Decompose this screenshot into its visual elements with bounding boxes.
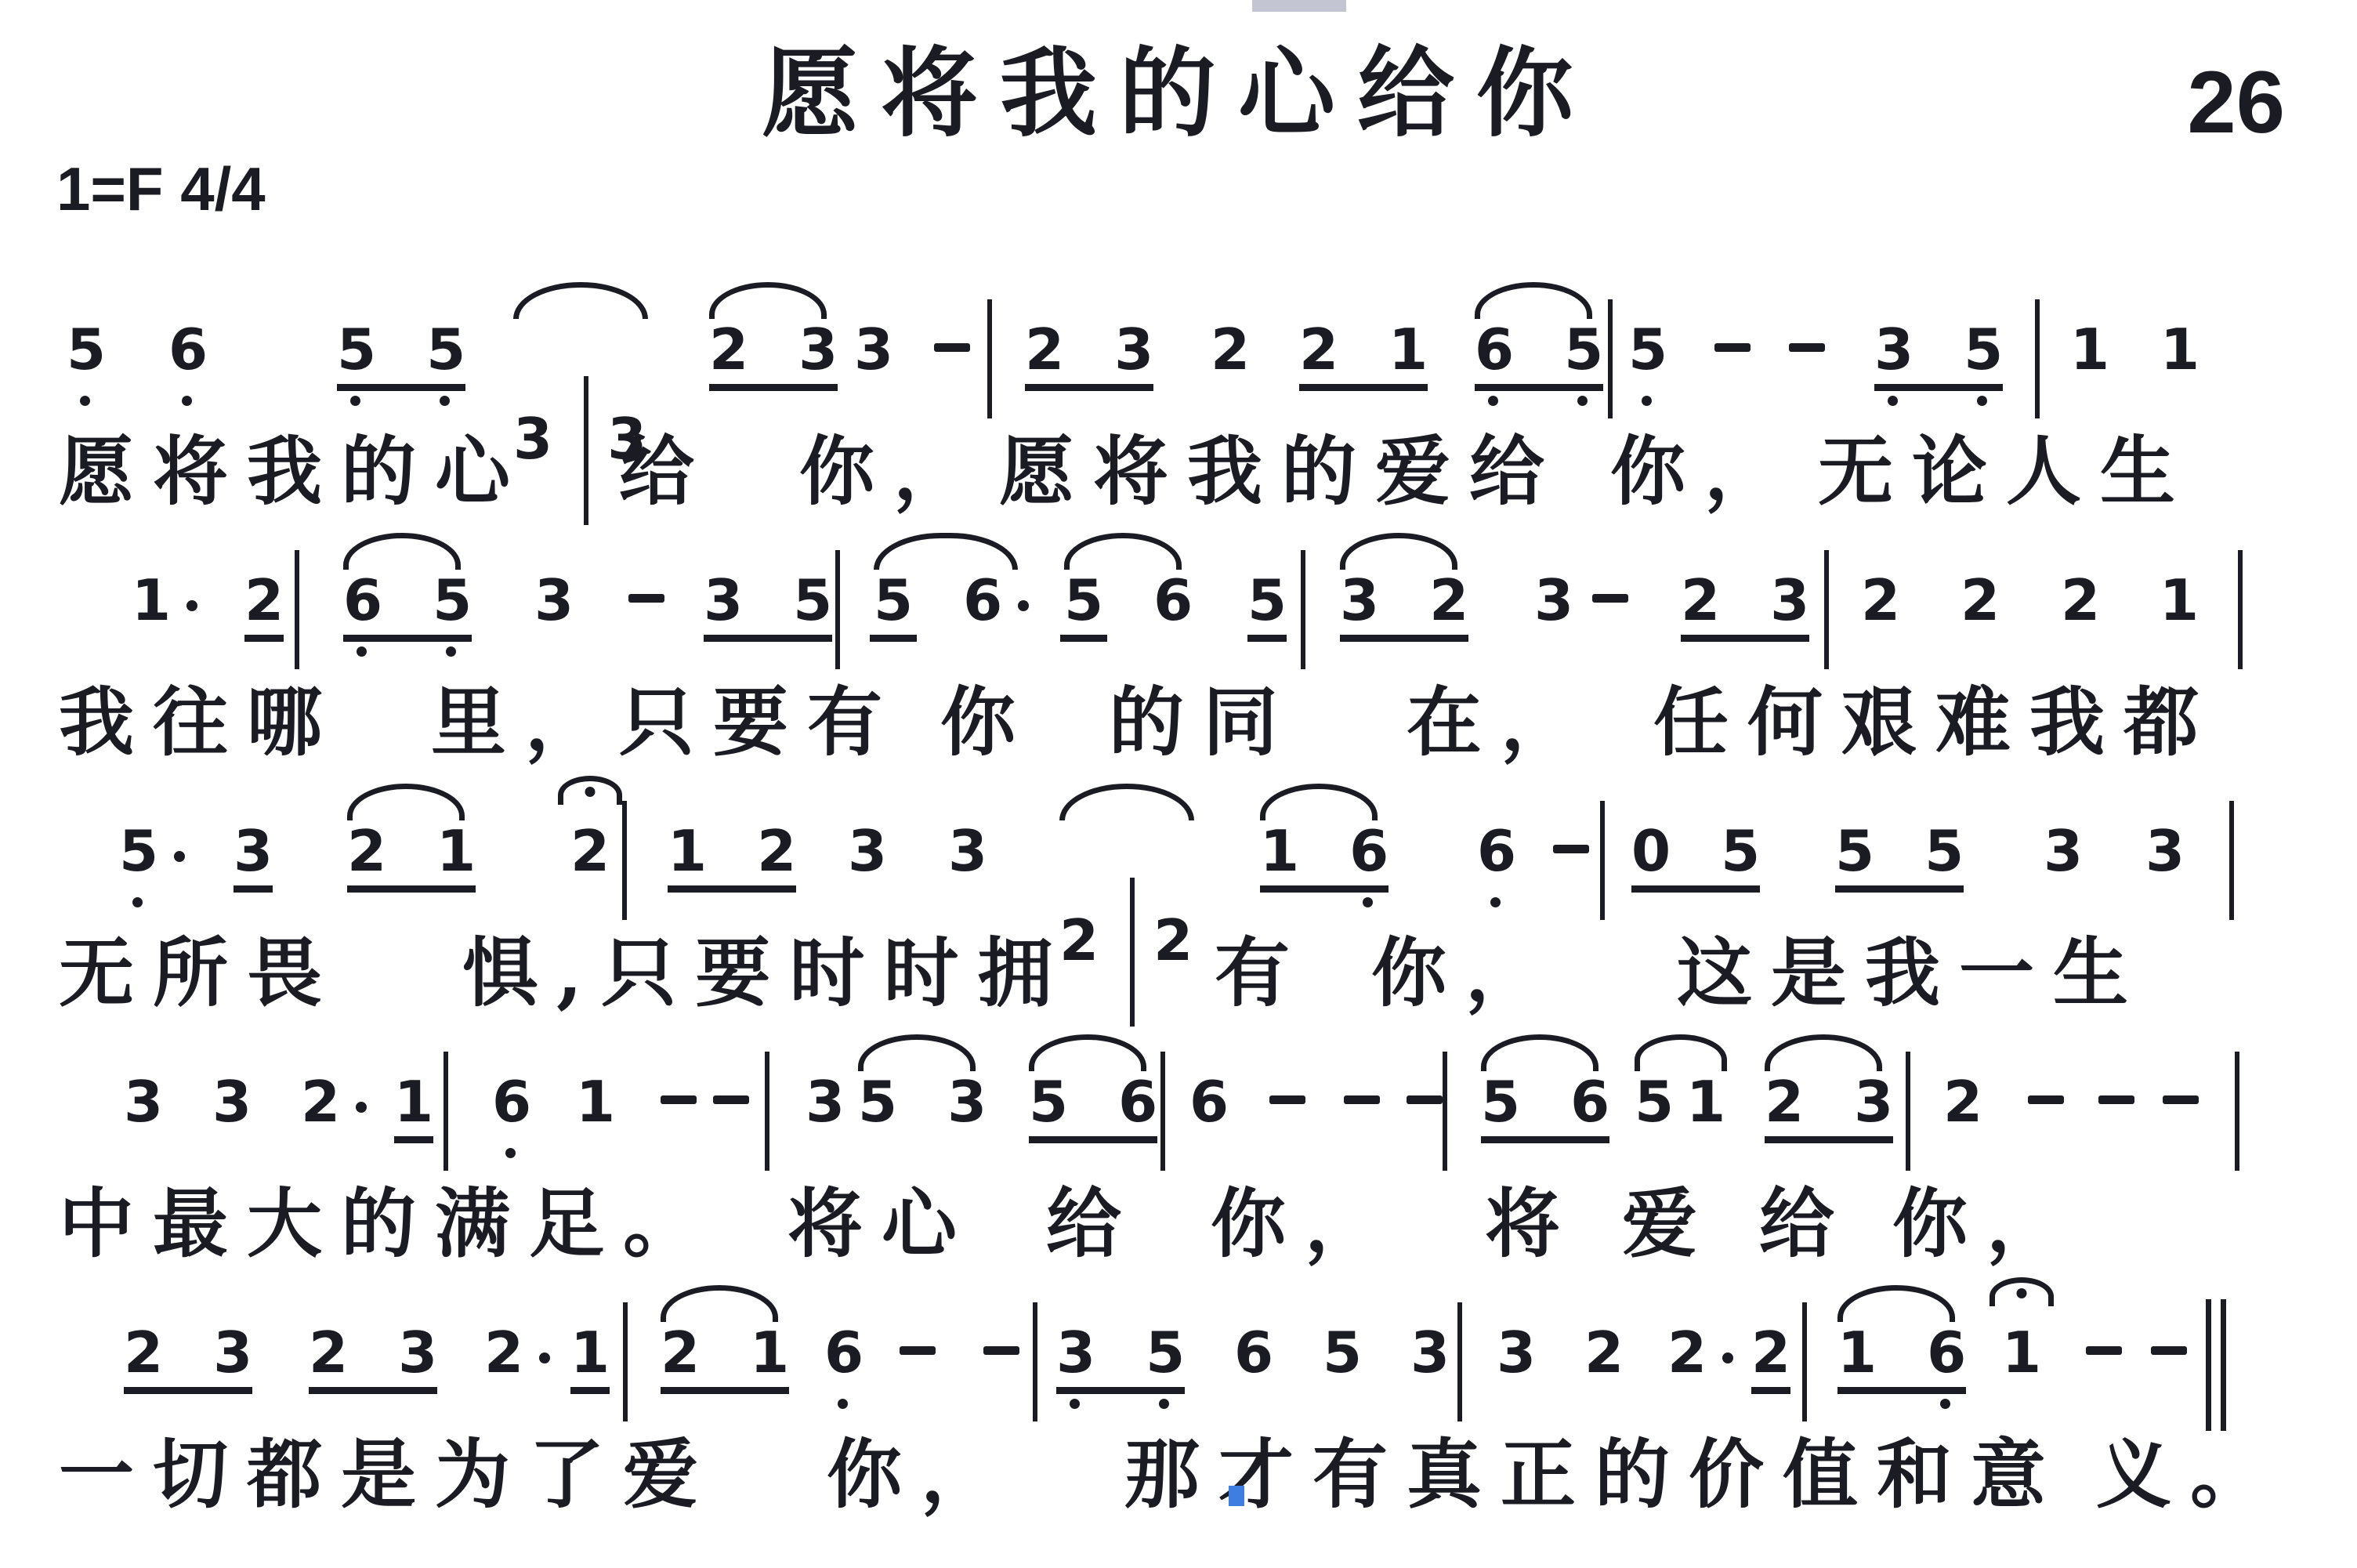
note: 3	[798, 320, 838, 379]
note-number: 5	[1247, 570, 1287, 630]
note-number: 3	[854, 320, 893, 379]
note-group: 3	[2145, 821, 2185, 893]
note: 3	[234, 821, 273, 881]
note: 6	[1118, 1072, 1157, 1132]
lyric-segment: 里，只要有	[431, 682, 901, 763]
note-digits: 2	[1961, 570, 2000, 642]
note: 2	[309, 1323, 348, 1382]
note-number: 3	[1770, 570, 1809, 630]
note-number: 2	[757, 821, 796, 881]
note-digits: 23	[124, 1323, 252, 1394]
note: 5	[858, 1072, 897, 1132]
lyric-segment: 这是我一生	[1677, 932, 2147, 1014]
duration-dash	[1344, 1095, 1380, 1104]
note-digits: 5	[119, 821, 185, 893]
lyric-segment: 那才有真正的价值和意	[1124, 1434, 2065, 1515]
note-number: 2	[1681, 570, 1720, 630]
note-number: 1	[1388, 320, 1428, 379]
rest-note: 0	[1631, 821, 1671, 881]
duration-dash	[2098, 1095, 2134, 1104]
barline	[1600, 801, 1605, 920]
system-3: 53212123322166055533无所畏惧,只要时时拥有你，这是我一生	[0, 821, 2357, 1072]
note-digits: 65	[1475, 320, 1603, 391]
note: 5	[1564, 320, 1603, 379]
note: 3	[124, 1072, 163, 1132]
note-digits: 23	[1025, 320, 1153, 391]
note-group: 12	[668, 821, 796, 893]
note-digits: 5	[1323, 1323, 1362, 1394]
lyric-segment: 你，	[1371, 932, 1559, 1014]
note: 6	[1349, 821, 1388, 881]
note-group: 6	[1234, 1323, 1273, 1394]
note: 2	[124, 1323, 163, 1382]
note-number: 6	[1153, 570, 1193, 630]
note-number: 5	[337, 320, 376, 379]
low-octave-dot	[1363, 897, 1373, 907]
note-digits: 6	[1189, 1072, 1229, 1143]
note-number: 2	[1429, 570, 1468, 630]
note-group: 2	[301, 1072, 367, 1143]
note-digits: 35	[1056, 1323, 1185, 1394]
note-number: 6	[1477, 821, 1516, 881]
note-number: 3	[1497, 1323, 1536, 1382]
note-group: 3	[234, 821, 273, 893]
note: 3	[806, 1072, 845, 1132]
note: 3	[1874, 320, 1913, 379]
note: 3	[212, 1072, 252, 1132]
note: 6	[824, 1323, 864, 1382]
note-number: 3	[1874, 320, 1913, 379]
note-digits: 65	[343, 570, 472, 642]
final-barline	[2206, 1299, 2226, 1431]
note-number: 2	[1584, 1323, 1624, 1382]
note-digits: 3	[948, 821, 987, 893]
note: 2	[1429, 570, 1468, 630]
note-number: 6	[963, 570, 1002, 630]
lyric-segment: 你，	[799, 431, 987, 512]
note: 3	[948, 821, 987, 881]
note: 1	[132, 570, 197, 630]
note-group: 23	[1681, 570, 1809, 642]
lyric-segment: 你，	[1892, 1183, 2080, 1265]
note-number: 6	[492, 1072, 531, 1132]
note: 5	[433, 570, 472, 630]
low-octave-dot	[1070, 1399, 1080, 1409]
note-group: 2	[2061, 570, 2100, 642]
note: 1	[2070, 320, 2109, 379]
note-number: 2	[301, 1072, 340, 1132]
note-group: 53	[858, 1072, 987, 1143]
note-group: 65	[1475, 320, 1603, 391]
note-digits: 3	[124, 1072, 163, 1143]
low-octave-dot	[1977, 396, 1987, 406]
note-group: 3	[948, 821, 987, 893]
note-digits: 56	[1064, 570, 1193, 642]
note-number: 2	[1667, 1323, 1707, 1382]
note-number: 5	[1564, 320, 1603, 379]
note-digits: 23	[1681, 570, 1809, 642]
duration-dash	[1789, 343, 1825, 352]
note-digits: 2	[1667, 1323, 1733, 1394]
note: 6	[168, 320, 208, 379]
note-group: 56	[874, 570, 1029, 642]
sheet-music-page: 愿将我的心给你 1=F 4/4 26 565533233232216553511…	[0, 0, 2357, 1568]
lyric-segment: 有	[1215, 932, 1309, 1014]
duration-dash	[713, 1095, 749, 1104]
note-digits: 3	[2145, 821, 2185, 893]
note-number: 3	[1340, 570, 1379, 630]
note-digits: 6	[492, 1072, 531, 1143]
note: 2	[1751, 1323, 1790, 1382]
note: 3	[848, 821, 887, 881]
note-group: 32	[1340, 570, 1468, 642]
note: 5	[119, 821, 185, 881]
note-digits: 05	[1631, 821, 1760, 893]
note-number: 2	[709, 320, 748, 379]
note: 2	[1667, 1323, 1733, 1382]
note-number: 2	[661, 1323, 700, 1382]
note-number: 3	[1056, 1323, 1095, 1382]
note-number: 5	[1964, 320, 2003, 379]
note-number: 6	[1118, 1072, 1157, 1132]
note-number: 5	[793, 570, 832, 630]
note-number: 2	[1765, 1072, 1804, 1132]
lyric-segment: 你，	[827, 1434, 1015, 1515]
blue-square-artifact	[1229, 1486, 1244, 1506]
note: 3	[398, 1323, 437, 1382]
note-group: 3	[124, 1072, 163, 1143]
note-digits: 23	[309, 1323, 437, 1394]
duration-dash	[2028, 1095, 2064, 1104]
note-group: 3	[2044, 821, 2083, 893]
note-digits: 6	[1477, 821, 1516, 893]
note: 2	[1961, 570, 2000, 630]
barline	[765, 1052, 769, 1171]
note-group: 6	[1189, 1072, 1229, 1143]
barline	[584, 376, 588, 525]
note-number: 1	[1260, 821, 1299, 881]
note-digits: 1	[132, 570, 197, 642]
note: 2	[1765, 1072, 1804, 1132]
note-digits: 1	[2160, 320, 2200, 391]
note: 3	[947, 1072, 987, 1132]
note-number: 5	[1029, 1072, 1068, 1132]
slur-arc	[1475, 282, 1592, 319]
note-group: 3	[534, 570, 574, 642]
low-octave-dot	[505, 1148, 516, 1158]
note: 3	[1497, 1323, 1536, 1382]
note: 1	[1260, 821, 1299, 881]
note: 5	[1721, 821, 1760, 881]
note-group: 1	[2160, 570, 2199, 642]
note: 3	[2044, 821, 2083, 881]
note-number: 6	[168, 320, 208, 379]
note-group: 23	[309, 1323, 437, 1394]
lyric-segment: 愿将我的爱给	[999, 431, 1563, 512]
note: 2	[757, 821, 796, 881]
note-group: 2	[1943, 1072, 1982, 1143]
note-digits: 3	[1410, 1323, 1450, 1394]
barline	[2035, 299, 2040, 418]
note-number: 2	[1943, 1072, 1982, 1132]
note-number: 3	[798, 320, 838, 379]
final-barline-stroke	[2221, 1299, 2226, 1431]
note-number: 1	[576, 1072, 615, 1132]
low-octave-dot	[350, 396, 360, 406]
note: 5	[1835, 821, 1874, 881]
note-group: 2	[570, 821, 610, 893]
lyric-segment: 给	[1046, 1183, 1140, 1265]
note-group: 2	[244, 570, 284, 642]
note-group: 23	[709, 320, 838, 391]
note-number: 2	[1961, 570, 2000, 630]
note: 5	[337, 320, 376, 379]
note-number: 6	[1927, 1323, 1966, 1382]
barline	[622, 801, 627, 920]
note-digits: 21	[661, 1323, 789, 1394]
note: 6	[1475, 320, 1514, 379]
note-digits: 5	[67, 320, 106, 391]
note: 2	[1584, 1323, 1624, 1382]
note-digits: 22	[1059, 821, 1205, 982]
note: 1	[1388, 320, 1428, 379]
barline	[1033, 1302, 1037, 1421]
key-signature: 1=F 4/4	[56, 154, 266, 225]
barline	[295, 550, 299, 669]
note: 2	[484, 1323, 550, 1382]
augmentation-dot	[1018, 600, 1029, 611]
note-number: 5	[119, 821, 158, 881]
note-number: 5	[1628, 320, 1667, 379]
note-group: 1	[570, 1323, 610, 1394]
note-number: 6	[1570, 1072, 1609, 1132]
low-octave-dot	[357, 646, 367, 657]
note-group: 21	[1299, 320, 1428, 391]
note: 6	[1927, 1323, 1966, 1382]
note-number: 2	[1299, 320, 1338, 379]
note-number: 2	[347, 821, 386, 881]
low-octave-dot	[838, 1399, 848, 1409]
low-octave-dot	[1577, 396, 1588, 406]
note-number: 1	[436, 821, 476, 881]
duration-dash	[2086, 1346, 2122, 1355]
augmentation-dot	[174, 851, 185, 862]
note-number: 5	[1721, 821, 1760, 881]
note-group: 16	[1260, 821, 1388, 893]
note-digits: 2	[1943, 1072, 1982, 1143]
note-number: 1	[750, 1323, 789, 1382]
note-group: 5	[1628, 320, 1667, 391]
note: 2	[1299, 320, 1338, 379]
duration-dash	[1714, 343, 1751, 352]
note-number: 3	[2145, 821, 2185, 881]
note-group: 3	[806, 1072, 845, 1143]
note: 5	[874, 570, 913, 630]
note: 6	[1570, 1072, 1609, 1132]
note-group: 16	[1837, 1323, 1966, 1394]
lyric-segment: 任何艰难我都	[1653, 682, 2218, 763]
note-number: 1	[132, 570, 171, 630]
note-digits: 56	[1029, 1072, 1157, 1143]
lyric-segment: 给	[619, 431, 713, 512]
note: 3	[1340, 570, 1379, 630]
note: 5	[1481, 1072, 1520, 1132]
note-digits: 3	[1497, 1323, 1536, 1394]
note-digits: 1	[394, 1072, 433, 1143]
lyric-segment: 愿将我的心	[59, 431, 529, 512]
note-digits: 6	[168, 320, 208, 391]
note-group: 2	[484, 1323, 550, 1394]
lyric-segment: 无论人生	[1818, 431, 2194, 512]
note: 3	[1770, 570, 1809, 630]
note-group: 6	[1477, 821, 1516, 893]
note-number: 5	[1323, 1323, 1362, 1382]
note: 3	[534, 570, 574, 630]
note-group: 3	[212, 1072, 252, 1143]
note-number: 3	[1854, 1072, 1893, 1132]
note: 1	[1837, 1323, 1877, 1382]
duration-dash	[1269, 1095, 1305, 1104]
note-number: 2	[244, 570, 284, 630]
note: 3	[1056, 1323, 1095, 1382]
note-number: 1	[570, 1323, 610, 1382]
low-octave-dot	[132, 897, 143, 907]
duration-dash	[1592, 594, 1628, 603]
note-digits: 23	[1765, 1072, 1893, 1143]
note-number: 5	[1146, 1323, 1185, 1382]
note-digits: 12	[668, 821, 796, 893]
note: 2	[1681, 570, 1720, 630]
note-number: 1	[2160, 320, 2200, 379]
note-group: 6	[492, 1072, 531, 1143]
note: 5	[1323, 1323, 1362, 1382]
note-group: 6	[824, 1323, 864, 1394]
note-number: 2	[1861, 570, 1900, 630]
note-digits: 3	[234, 821, 273, 893]
system-1: 565533233232216553511愿将我的心给你，愿将我的爱给你，无论人…	[0, 320, 2357, 570]
note-digits: 2	[1211, 320, 1250, 391]
system-5: 232321216356533222161一切都是为了爱你，那才有真正的价值和意…	[0, 1323, 2357, 1568]
note: 1	[1686, 1072, 1725, 1132]
scan-smudge	[1252, 0, 1346, 12]
note-number: 3	[212, 1072, 252, 1132]
note-number: 6	[1234, 1323, 1273, 1382]
slur-arc	[709, 282, 827, 319]
duration-dash	[628, 594, 664, 603]
lyric-segment: 无所畏	[59, 932, 341, 1014]
note-number: 1	[668, 821, 707, 881]
note-number: 3	[1114, 320, 1153, 379]
note: 6	[1153, 570, 1193, 630]
note-group: 5	[119, 821, 185, 893]
note-number: 2	[309, 1323, 348, 1382]
note: 2	[1943, 1072, 1982, 1132]
note-group: 22	[1059, 821, 1205, 982]
note-digits: 6	[824, 1323, 864, 1394]
note-digits: 2	[484, 1323, 550, 1394]
note-number: 5	[1835, 821, 1874, 881]
note-number: 2	[1025, 320, 1064, 379]
note: 1	[750, 1323, 789, 1382]
note-number: 0	[1631, 821, 1671, 881]
note-group: 35	[1874, 320, 2003, 391]
note-digits: 3	[806, 1072, 845, 1143]
note-digits: 51	[1635, 1072, 1738, 1143]
note-number: 3	[234, 821, 273, 881]
note: 1	[2160, 320, 2200, 379]
low-octave-dot	[1490, 897, 1501, 907]
note-digits: 23	[709, 320, 838, 391]
note-number: 1	[2160, 570, 2199, 630]
note: 2	[709, 320, 748, 379]
note: 3	[213, 1323, 252, 1382]
note-group: 1	[2160, 320, 2200, 391]
note-number: 1	[2002, 1323, 2041, 1382]
note-group: 23	[124, 1323, 252, 1394]
note-digits: 21	[347, 821, 476, 893]
note-group: 1	[576, 1072, 615, 1143]
note: 2	[347, 821, 386, 881]
note-group: 35	[1056, 1323, 1185, 1394]
note-group: 56	[1481, 1072, 1609, 1143]
note-number: 6	[824, 1323, 864, 1382]
lyric-segment: 将	[1485, 1183, 1579, 1265]
note: 5	[1635, 1072, 1674, 1132]
note-group: 51	[1635, 1072, 1738, 1143]
final-barline-stroke	[2206, 1299, 2211, 1431]
lyric-segment: 惧,只要时时拥	[462, 932, 1071, 1014]
duration-dash	[2151, 1346, 2187, 1355]
note: 3	[1114, 320, 1153, 379]
note-number: 1	[1686, 1072, 1725, 1132]
note-number: 6	[1349, 821, 1388, 881]
note-number: 5	[1481, 1072, 1520, 1132]
note: 6	[492, 1072, 531, 1132]
note: 2	[301, 1072, 367, 1132]
note-group: 3	[848, 821, 887, 893]
lyric-segment: 爱	[1622, 1183, 1716, 1265]
note-digits: 56	[1481, 1072, 1609, 1143]
low-octave-dot	[182, 396, 192, 406]
note: 2	[2061, 570, 2100, 630]
note-group: 1	[132, 570, 197, 642]
barline	[1824, 550, 1829, 669]
barline	[1906, 1052, 1910, 1171]
note-group: 5	[67, 320, 106, 391]
note: 5	[793, 570, 832, 630]
note-digits: 53	[858, 1072, 987, 1143]
note-number: 2	[570, 821, 610, 881]
note-group: 5	[1247, 570, 1287, 642]
note-group: 5	[1323, 1323, 1362, 1394]
note-number: 3	[947, 1072, 987, 1132]
note-digits: 2	[301, 1072, 367, 1143]
note: 3	[854, 320, 893, 379]
barline	[1457, 1302, 1462, 1421]
duration-dash	[1553, 845, 1589, 853]
note: 1	[394, 1072, 433, 1132]
note: 2	[661, 1323, 700, 1382]
note: 2	[1211, 320, 1250, 379]
note: 2	[570, 821, 610, 881]
note-number: 5	[67, 320, 106, 379]
low-octave-dot	[440, 396, 450, 406]
note-number: 5	[426, 320, 465, 379]
note-digits: 3	[212, 1072, 252, 1143]
note-group: 1	[2070, 320, 2109, 391]
note: 1	[668, 821, 707, 881]
note-number: 2	[2061, 570, 2100, 630]
